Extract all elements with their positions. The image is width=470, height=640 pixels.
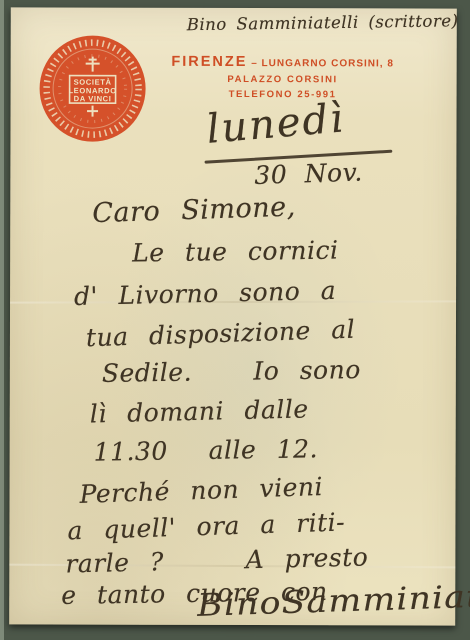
letter-paper: Bino Samminiatelli (scrittore) SOCIETÀ L…: [9, 7, 457, 625]
letterhead-telefono: TELEFONO 25-991: [149, 89, 417, 101]
body-line: a quell' ora a riti-: [67, 509, 345, 543]
body-line: 11.30 alle 12.: [93, 436, 318, 464]
scanner-edge-light: [0, 0, 4, 640]
letterhead-firenze: FIRENZE: [171, 54, 247, 70]
letterhead-street: – LUNGARNO CORSINI, 8: [247, 58, 393, 69]
seal-line-3: DA VINCI: [74, 94, 112, 103]
handwritten-signature: BinoSamminiatelli: [197, 580, 470, 622]
societa-leonardo-da-vinci-seal: SOCIETÀ LEONARDO DA VINCI: [38, 34, 146, 142]
handwritten-date-day: lunedì: [205, 98, 346, 150]
letterhead-palazzo: PALAZZO CORSINI: [149, 74, 417, 86]
body-line: Sedile. Io sono: [102, 357, 361, 386]
salutation-line: Caro Simone,: [92, 194, 296, 228]
letterhead-address: FIRENZE – LUNGARNO CORSINI, 8 PALAZZO CO…: [149, 54, 417, 101]
scanner-bed: Bino Samminiatelli (scrittore) SOCIETÀ L…: [0, 0, 470, 640]
handwritten-date-rest: 30 Nov.: [254, 159, 363, 187]
body-line: tua disposizione al: [86, 317, 356, 351]
letterhead-city-line: FIRENZE – LUNGARNO CORSINI, 8: [149, 54, 417, 71]
body-line: rarle ? A presto: [65, 544, 368, 576]
body-line: d' Livorno sono a: [74, 278, 337, 309]
handwritten-annotation: Bino Samminiatelli (scrittore): [187, 13, 459, 34]
body-line: Perché non vieni: [79, 474, 323, 507]
body-line: Le tue cornici: [132, 237, 339, 265]
body-line: lì domani dalle: [89, 396, 308, 426]
